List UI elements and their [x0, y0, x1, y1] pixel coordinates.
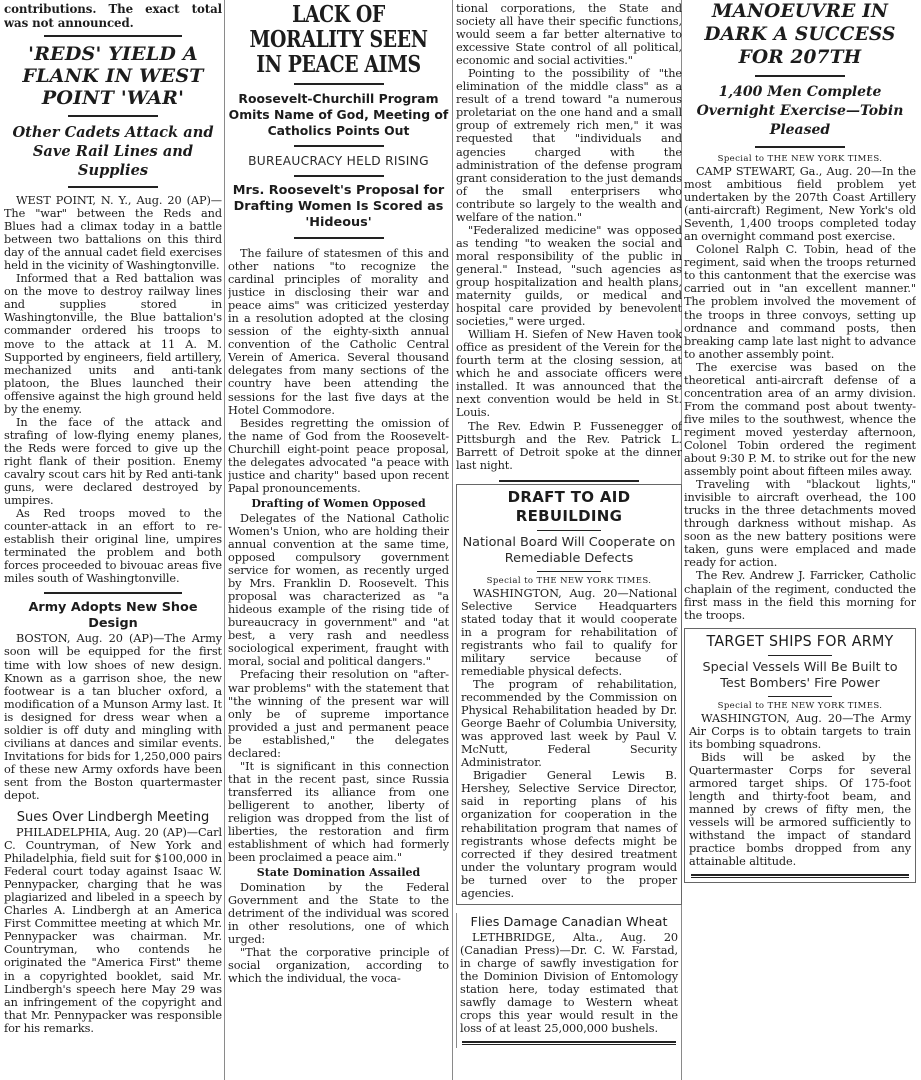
- divider: [294, 83, 384, 85]
- article-paragraph: As Red troops moved to the counter-attac…: [4, 507, 222, 585]
- article-paragraph: Pointing to the possibility of "the elim…: [456, 67, 682, 224]
- story-box-draft-rebuilding: DRAFT TO AID REBUILDING National Board W…: [456, 484, 682, 905]
- subhead-drafting-women: Drafting of Women Opposed: [228, 497, 449, 511]
- headline-flies-damage-wheat: Flies Damage Canadian Wheat: [460, 915, 678, 931]
- divider: [691, 874, 909, 878]
- divider: [537, 530, 601, 531]
- article-paragraph: "It is significant in this connection th…: [228, 760, 449, 864]
- article-paragraph: BOSTON, Aug. 20 (AP)—The Army soon will …: [4, 632, 222, 802]
- special-credit: Special to THE NEW YORK TIMES.: [684, 154, 916, 164]
- article-paragraph: PHILADELPHIA, Aug. 20 (AP)—Carl C. Count…: [4, 826, 222, 1035]
- divider: [755, 75, 845, 77]
- subhead-state-domination: State Domination Assailed: [228, 866, 449, 880]
- carryover-text: contributions. The exact total was not a…: [4, 2, 222, 30]
- article-paragraph: The failure of statesmen of this and oth…: [228, 247, 449, 417]
- divider: [44, 592, 182, 594]
- article-paragraph: "That the corporative principle of socia…: [228, 946, 449, 985]
- article-paragraph: The Rev. Andrew J. Farricker, Catholic c…: [684, 569, 916, 621]
- article-paragraph: Colonel Ralph C. Tobin, head of the regi…: [684, 243, 916, 360]
- headline-lack-of-morality: LACK OF MORALITY SEEN IN PEACE AIMS: [248, 2, 429, 77]
- headline-army-shoe: Army Adopts New Shoe Design: [4, 600, 222, 632]
- article-paragraph: Domination by the Federal Government and…: [228, 881, 449, 946]
- article-paragraph: "Federalized medicine" was opposed as te…: [456, 224, 682, 328]
- article-paragraph: The Rev. Edwin P. Fussenegger of Pittsbu…: [456, 420, 682, 472]
- article-paragraph: Bids will be asked by the Quartermaster …: [689, 751, 911, 868]
- article-paragraph: Delegates of the National Catholic Women…: [228, 512, 449, 669]
- article-paragraph: Traveling with "blackout lights," invisi…: [684, 478, 916, 569]
- story-box-canadian-wheat: Flies Damage Canadian Wheat LETHBRIDGE, …: [456, 913, 682, 1048]
- article-paragraph: WASHINGTON, Aug. 20—The Army Air Corps i…: [689, 712, 911, 751]
- deck-mrs-roosevelt-proposal: Mrs. Roosevelt's Proposal for Drafting W…: [228, 183, 449, 231]
- article-paragraph: Prefacing their resolution on "after-war…: [228, 668, 449, 759]
- column-2: LACK OF MORALITY SEEN IN PEACE AIMS Roos…: [228, 0, 449, 1080]
- headline-target-ships: TARGET SHIPS FOR ARMY: [698, 632, 902, 651]
- divider: [68, 115, 158, 117]
- article-paragraph: LETHBRIDGE, Alta., Aug. 20 (Canadian Pre…: [460, 931, 678, 1035]
- deck-other-cadets: Other Cadets Attack and Save Rail Lines …: [4, 123, 222, 180]
- divider: [768, 655, 832, 656]
- divider: [44, 35, 182, 37]
- article-paragraph: Besides regretting the omission of the n…: [228, 417, 449, 495]
- article-paragraph: The program of rehabilitation, recommend…: [461, 678, 677, 769]
- divider: [499, 480, 639, 482]
- divider: [68, 186, 158, 188]
- divider: [294, 237, 384, 239]
- column-1: contributions. The exact total was not a…: [4, 0, 222, 1080]
- article-paragraph: Brigadier General Lewis B. Hershey, Sele…: [461, 769, 677, 899]
- article-paragraph: CAMP STEWART, Ga., Aug. 20—In the most a…: [684, 165, 916, 243]
- headline-manoeuvre-in-dark: MANOEUVRE IN DARK A SUCCESS FOR 207TH: [684, 0, 916, 69]
- column-4: MANOEUVRE IN DARK A SUCCESS FOR 207TH 1,…: [684, 0, 916, 1080]
- deck-roosevelt-churchill: Roosevelt-Churchill Program Omits Name o…: [228, 91, 449, 139]
- headline-reds-yield-flank: 'REDS' YIELD A FLANK IN WEST POINT 'WAR': [4, 43, 222, 109]
- divider: [462, 1041, 676, 1045]
- column-divider: [452, 0, 453, 1080]
- article-paragraph: tional corporations, the State and socie…: [456, 2, 682, 67]
- article-paragraph: The exercise was based on the theoretica…: [684, 361, 916, 478]
- divider: [768, 696, 832, 697]
- special-credit: Special to THE NEW YORK TIMES.: [689, 701, 911, 711]
- headline-lindbergh-suit: Sues Over Lindbergh Meeting: [4, 810, 222, 826]
- column-divider: [224, 0, 225, 1080]
- article-paragraph: Informed that a Red battalion was on the…: [4, 272, 222, 416]
- article-paragraph: WEST POINT, N. Y., Aug. 20 (AP)—The "war…: [4, 194, 222, 272]
- deck-bureaucracy: BUREAUCRACY HELD RISING: [228, 153, 449, 169]
- article-paragraph: In the face of the attack and strafing o…: [4, 416, 222, 507]
- divider: [294, 175, 384, 177]
- deck-special-vessels: Special Vessels Will Be Built to Test Bo…: [689, 660, 911, 692]
- special-credit: Special to THE NEW YORK TIMES.: [461, 576, 677, 586]
- deck-1400-men: 1,400 Men Complete Overnight Exercise—To…: [684, 83, 916, 140]
- article-paragraph: William H. Siefen of New Haven took offi…: [456, 328, 682, 419]
- divider: [537, 571, 601, 572]
- divider: [755, 146, 845, 148]
- article-paragraph: WASHINGTON, Aug. 20—National Selective S…: [461, 587, 677, 678]
- deck-national-board: National Board Will Cooperate on Remedia…: [461, 535, 677, 567]
- column-3: tional corporations, the State and socie…: [456, 0, 682, 1080]
- headline-draft-rebuilding: DRAFT TO AID REBUILDING: [461, 488, 677, 526]
- story-box-target-ships: TARGET SHIPS FOR ARMY Special Vessels Wi…: [684, 628, 916, 884]
- divider: [294, 145, 384, 147]
